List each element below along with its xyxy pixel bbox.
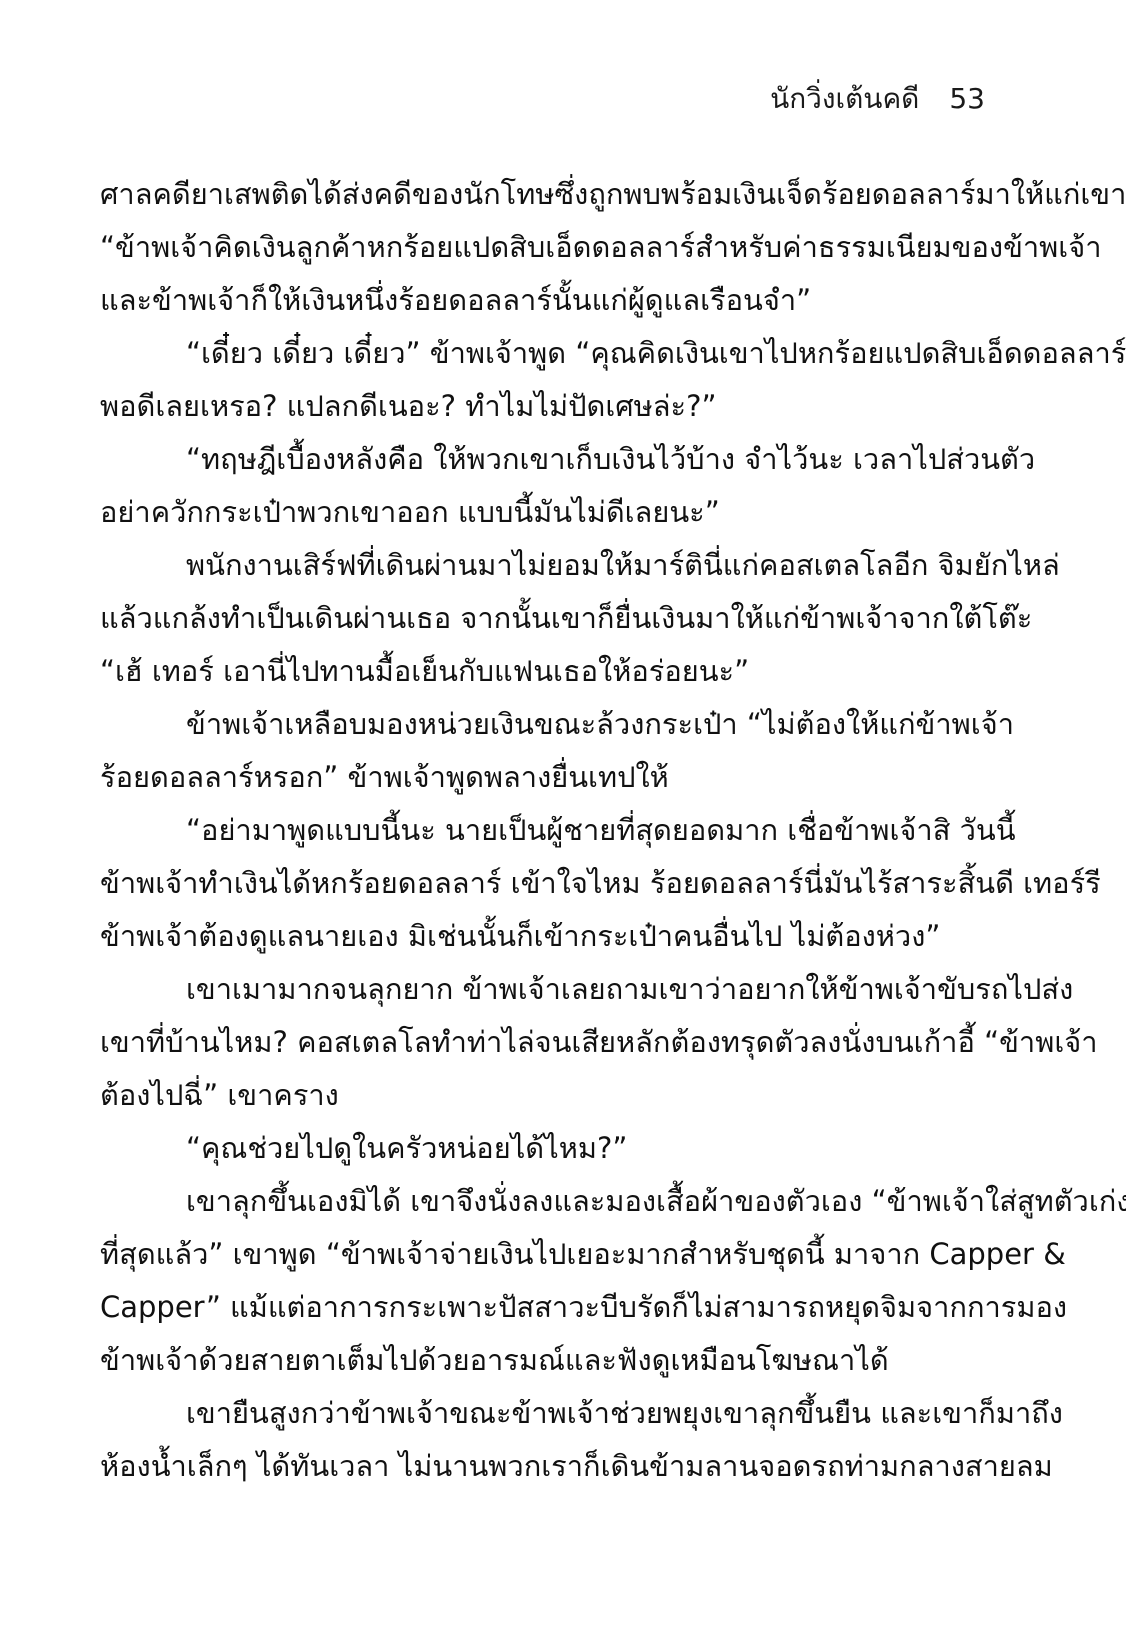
text-line: ร้อยดอลลาร์หรอก” ข้าพเจ้าพูดพลางยื่นเทปใ… (100, 751, 1032, 804)
text-line: ต้องไปฉี่” เขาคราง (100, 1069, 1032, 1122)
text-line: ข้าพเจ้าทำเงินได้หกร้อยดอลลาร์ เข้าใจไหม… (100, 857, 1032, 910)
text-line: ข้าพเจ้าด้วยสายตาเต็มไปด้วยอารมณ์และฟังด… (100, 1334, 1032, 1387)
book-page: นักวิ่งเต้นคดี 53 ศาลคดียาเสพติดได้ส่งคด… (0, 0, 1126, 1638)
text-line: พอดีเลยเหรอ? แปลกดีเนอะ? ทำไมไม่ปัดเศษล่… (100, 380, 1032, 433)
paragraph: พนักงานเสิร์ฟที่เดินผ่านมาไม่ยอมให้มาร์ต… (100, 539, 1032, 698)
text-line: และข้าพเจ้าก็ให้เงินหนึ่งร้อยดอลลาร์นั้น… (100, 274, 1032, 327)
text-line: อย่าควักกระเป๋าพวกเขาออก แบบนี้มันไม่ดีเ… (100, 486, 1032, 539)
text-line: ข้าพเจ้าต้องดูแลนายเอง มิเช่นนั้นก็เข้าก… (100, 910, 1032, 963)
paragraph: “คุณช่วยไปดูในครัวหน่อยได้ไหม?” (100, 1122, 1032, 1175)
text-line: “เฮ้ เทอร์ เอานี่ไปทานมื้อเย็นกับแฟนเธอใ… (100, 645, 1032, 698)
paragraph: “อย่ามาพูดแบบนี้นะ นายเป็นผู้ชายที่สุดยอ… (100, 804, 1032, 963)
text-line: พนักงานเสิร์ฟที่เดินผ่านมาไม่ยอมให้มาร์ต… (100, 539, 1032, 592)
text-line: “คุณช่วยไปดูในครัวหน่อยได้ไหม?” (100, 1122, 1032, 1175)
page-number: 53 (949, 82, 985, 116)
paragraph: “ทฤษฎีเบื้องหลังคือ ให้พวกเขาเก็บเงินไว้… (100, 433, 1032, 539)
paragraph: ศาลคดียาเสพติดได้ส่งคดีของนักโทษซึ่งถูกพ… (100, 168, 1032, 327)
paragraph: เขาเมามากจนลุกยาก ข้าพเจ้าเลยถามเขาว่าอย… (100, 963, 1032, 1122)
paragraph: “เดี๋ยว เดี๋ยว เดี๋ยว” ข้าพเจ้าพูด “คุณค… (100, 327, 1032, 433)
text-line: เขาที่บ้านไหม? คอสเตลโลทำท่าไล่จนเสียหลั… (100, 1016, 1032, 1069)
body-text: ศาลคดียาเสพติดได้ส่งคดีของนักโทษซึ่งถูกพ… (100, 168, 1032, 1493)
text-line: เขาเมามากจนลุกยาก ข้าพเจ้าเลยถามเขาว่าอย… (100, 963, 1032, 1016)
text-line: ห้องน้ำเล็กๆ ได้ทันเวลา ไม่นานพวกเราก็เด… (100, 1440, 1032, 1493)
paragraph: ข้าพเจ้าเหลือบมองหน่วยเงินขณะล้วงกระเป๋า… (100, 698, 1032, 804)
text-line: เขายืนสูงกว่าข้าพเจ้าขณะข้าพเจ้าช่วยพยุง… (100, 1387, 1032, 1440)
text-line: “เดี๋ยว เดี๋ยว เดี๋ยว” ข้าพเจ้าพูด “คุณค… (100, 327, 1032, 380)
text-line: ที่สุดแล้ว” เขาพูด “ข้าพเจ้าจ่ายเงินไปเย… (100, 1228, 1032, 1281)
page-header: นักวิ่งเต้นคดี 53 (0, 82, 985, 116)
text-line: “อย่ามาพูดแบบนี้นะ นายเป็นผู้ชายที่สุดยอ… (100, 804, 1032, 857)
text-line: ศาลคดียาเสพติดได้ส่งคดีของนักโทษซึ่งถูกพ… (100, 168, 1032, 221)
running-head-title: นักวิ่งเต้นคดี (770, 82, 919, 116)
text-line: “ทฤษฎีเบื้องหลังคือ ให้พวกเขาเก็บเงินไว้… (100, 433, 1032, 486)
paragraph: เขาลุกขึ้นเองมิได้ เขาจึงนั่งลงและมองเสื… (100, 1175, 1032, 1387)
text-line: แล้วแกล้งทำเป็นเดินผ่านเธอ จากนั้นเขาก็ย… (100, 592, 1032, 645)
text-line: ข้าพเจ้าเหลือบมองหน่วยเงินขณะล้วงกระเป๋า… (100, 698, 1032, 751)
paragraph: เขายืนสูงกว่าข้าพเจ้าขณะข้าพเจ้าช่วยพยุง… (100, 1387, 1032, 1493)
text-line: เขาลุกขึ้นเองมิได้ เขาจึงนั่งลงและมองเสื… (100, 1175, 1032, 1228)
text-line: “ข้าพเจ้าคิดเงินลูกค้าหกร้อยแปดสิบเอ็ดดอ… (100, 221, 1032, 274)
text-line: Capper” แม้แต่อาการกระเพาะปัสสาวะบีบรัดก… (100, 1281, 1032, 1334)
